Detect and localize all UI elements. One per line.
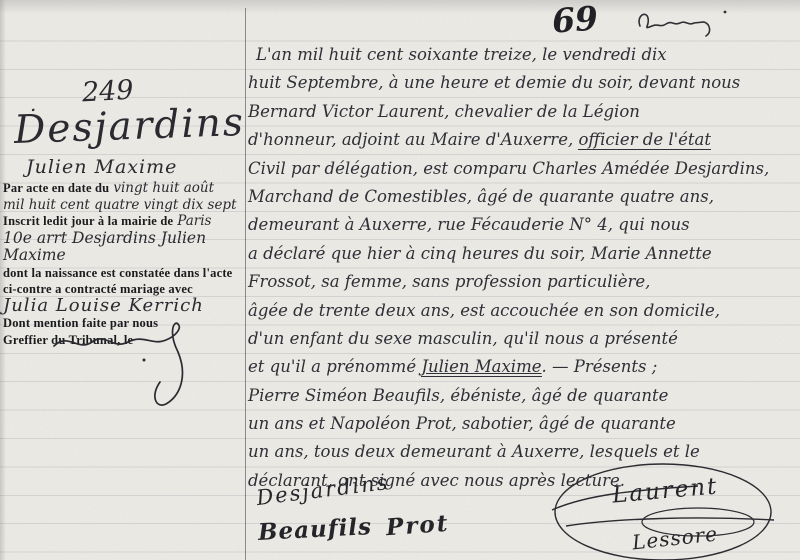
register-page-scan: 69 . 249 Desjardins Julien Maxime Par ac… [0, 0, 800, 560]
act-line-text: . — Présents ; [542, 357, 658, 376]
act-line: Marchand de Comestibles, âgé de quarante… [248, 183, 796, 211]
act-line: Civil par délégation, est comparu Charle… [248, 155, 796, 183]
act-line-text: Pierre Siméon Beaufils, ébéniste, âgé de… [248, 386, 668, 405]
mention-stamp-text: Inscrit ledit jour à la mairie de [3, 214, 173, 228]
act-line-text: d'un enfant du sexe masculin, qu'il nous… [248, 329, 678, 348]
mention-line: Inscrit ledit jour à la mairie de Paris [3, 213, 243, 230]
greffier-signature-icon [48, 318, 228, 408]
margin-given-names: Julien Maxime [26, 156, 177, 178]
signature-beaufils: Beaufils [257, 513, 372, 546]
act-body-text: L'an mil huit cent soixante treize, le v… [248, 41, 796, 495]
mention-hand-text: mil huit cent quatre vingt dix sept [3, 197, 237, 213]
act-line: L'an mil huit cent soixante treize, le v… [248, 41, 796, 69]
mention-line: 10e arrt Desjardins Julien Maxime [3, 230, 243, 265]
mention-spouse-name: Julia Louise Kerrich [3, 295, 204, 316]
act-line-text: Marchand de Comestibles, âgé de quarante… [248, 187, 714, 206]
mention-hand-text: 10e arrt Desjardins Julien Maxime [3, 229, 206, 265]
mention-stamp-text: dont la naissance est constatée dans l'a… [3, 266, 232, 280]
act-line-text: un ans, tous deux demeurant à Auxerre, l… [248, 442, 700, 461]
act-line-text: demeurant à Auxerre, rue Fécauderie N° 4… [248, 215, 690, 234]
act-line-text: Bernard Victor Laurent, chevalier de la … [248, 102, 640, 121]
act-line-text: a déclaré que hier à cinq heures du soir… [248, 244, 712, 263]
act-line: un ans et Napoléon Prot, sabotier, âgé d… [248, 410, 796, 438]
act-line-text: d'honneur, adjoint au Maire d'Auxerre, [248, 130, 578, 149]
act-line: d'un enfant du sexe masculin, qu'il nous… [248, 325, 796, 353]
act-line-text: Frossot, sa femme, sans profession parti… [248, 272, 650, 291]
signature-prot: Prot [385, 510, 450, 541]
mention-line: Par acte en date du vingt huit août [3, 180, 243, 197]
act-line-text: un ans et Napoléon Prot, sabotier, âgé d… [248, 414, 676, 433]
act-line-text: huit Septembre, à une heure et demie du … [248, 73, 740, 92]
margin-surname: Desjardins [13, 100, 245, 153]
act-line: huit Septembre, à une heure et demie du … [248, 69, 796, 97]
child-name-underlined: Julien Maxime [421, 357, 541, 377]
act-line: demeurant à Auxerre, rue Fécauderie N° 4… [248, 211, 796, 239]
mention-hand-text: vingt huit août [113, 180, 214, 196]
act-line: a déclaré que hier à cinq heures du soir… [248, 240, 796, 268]
act-line: et qu'il a prénommé Julien Maxime. — Pré… [248, 353, 796, 381]
act-line: Bernard Victor Laurent, chevalier de la … [248, 98, 796, 126]
page-number: 69 [551, 0, 600, 41]
mention-line: mil huit cent quatre vingt dix sept [3, 197, 243, 214]
act-line-text: Civil par délégation, est comparu Charle… [248, 159, 769, 178]
act-line: âgée de trente deux ans, est accouchée e… [248, 297, 796, 325]
act-line: Frossot, sa femme, sans profession parti… [248, 268, 796, 296]
act-line-text: et qu'il a prénommé [248, 357, 421, 376]
act-line: Pierre Siméon Beaufils, ébéniste, âgé de… [248, 382, 796, 410]
margin-rule-line [245, 8, 246, 560]
mention-line: dont la naissance est constatée dans l'a… [3, 265, 243, 282]
mention-stamp-text: Par acte en date du [3, 181, 109, 195]
act-line-text: âgée de trente deux ans, est accouchée e… [248, 301, 720, 320]
verification-scrawl-icon [632, 6, 732, 40]
act-line-text: L'an mil huit cent soixante treize, le v… [256, 45, 667, 64]
mention-hand-text: Paris [177, 213, 211, 229]
act-line: d'honneur, adjoint au Maire d'Auxerre, o… [248, 126, 796, 154]
underlined-phrase: officier de l'état [578, 130, 711, 150]
mention-line: Julia Louise Kerrich [3, 298, 243, 316]
